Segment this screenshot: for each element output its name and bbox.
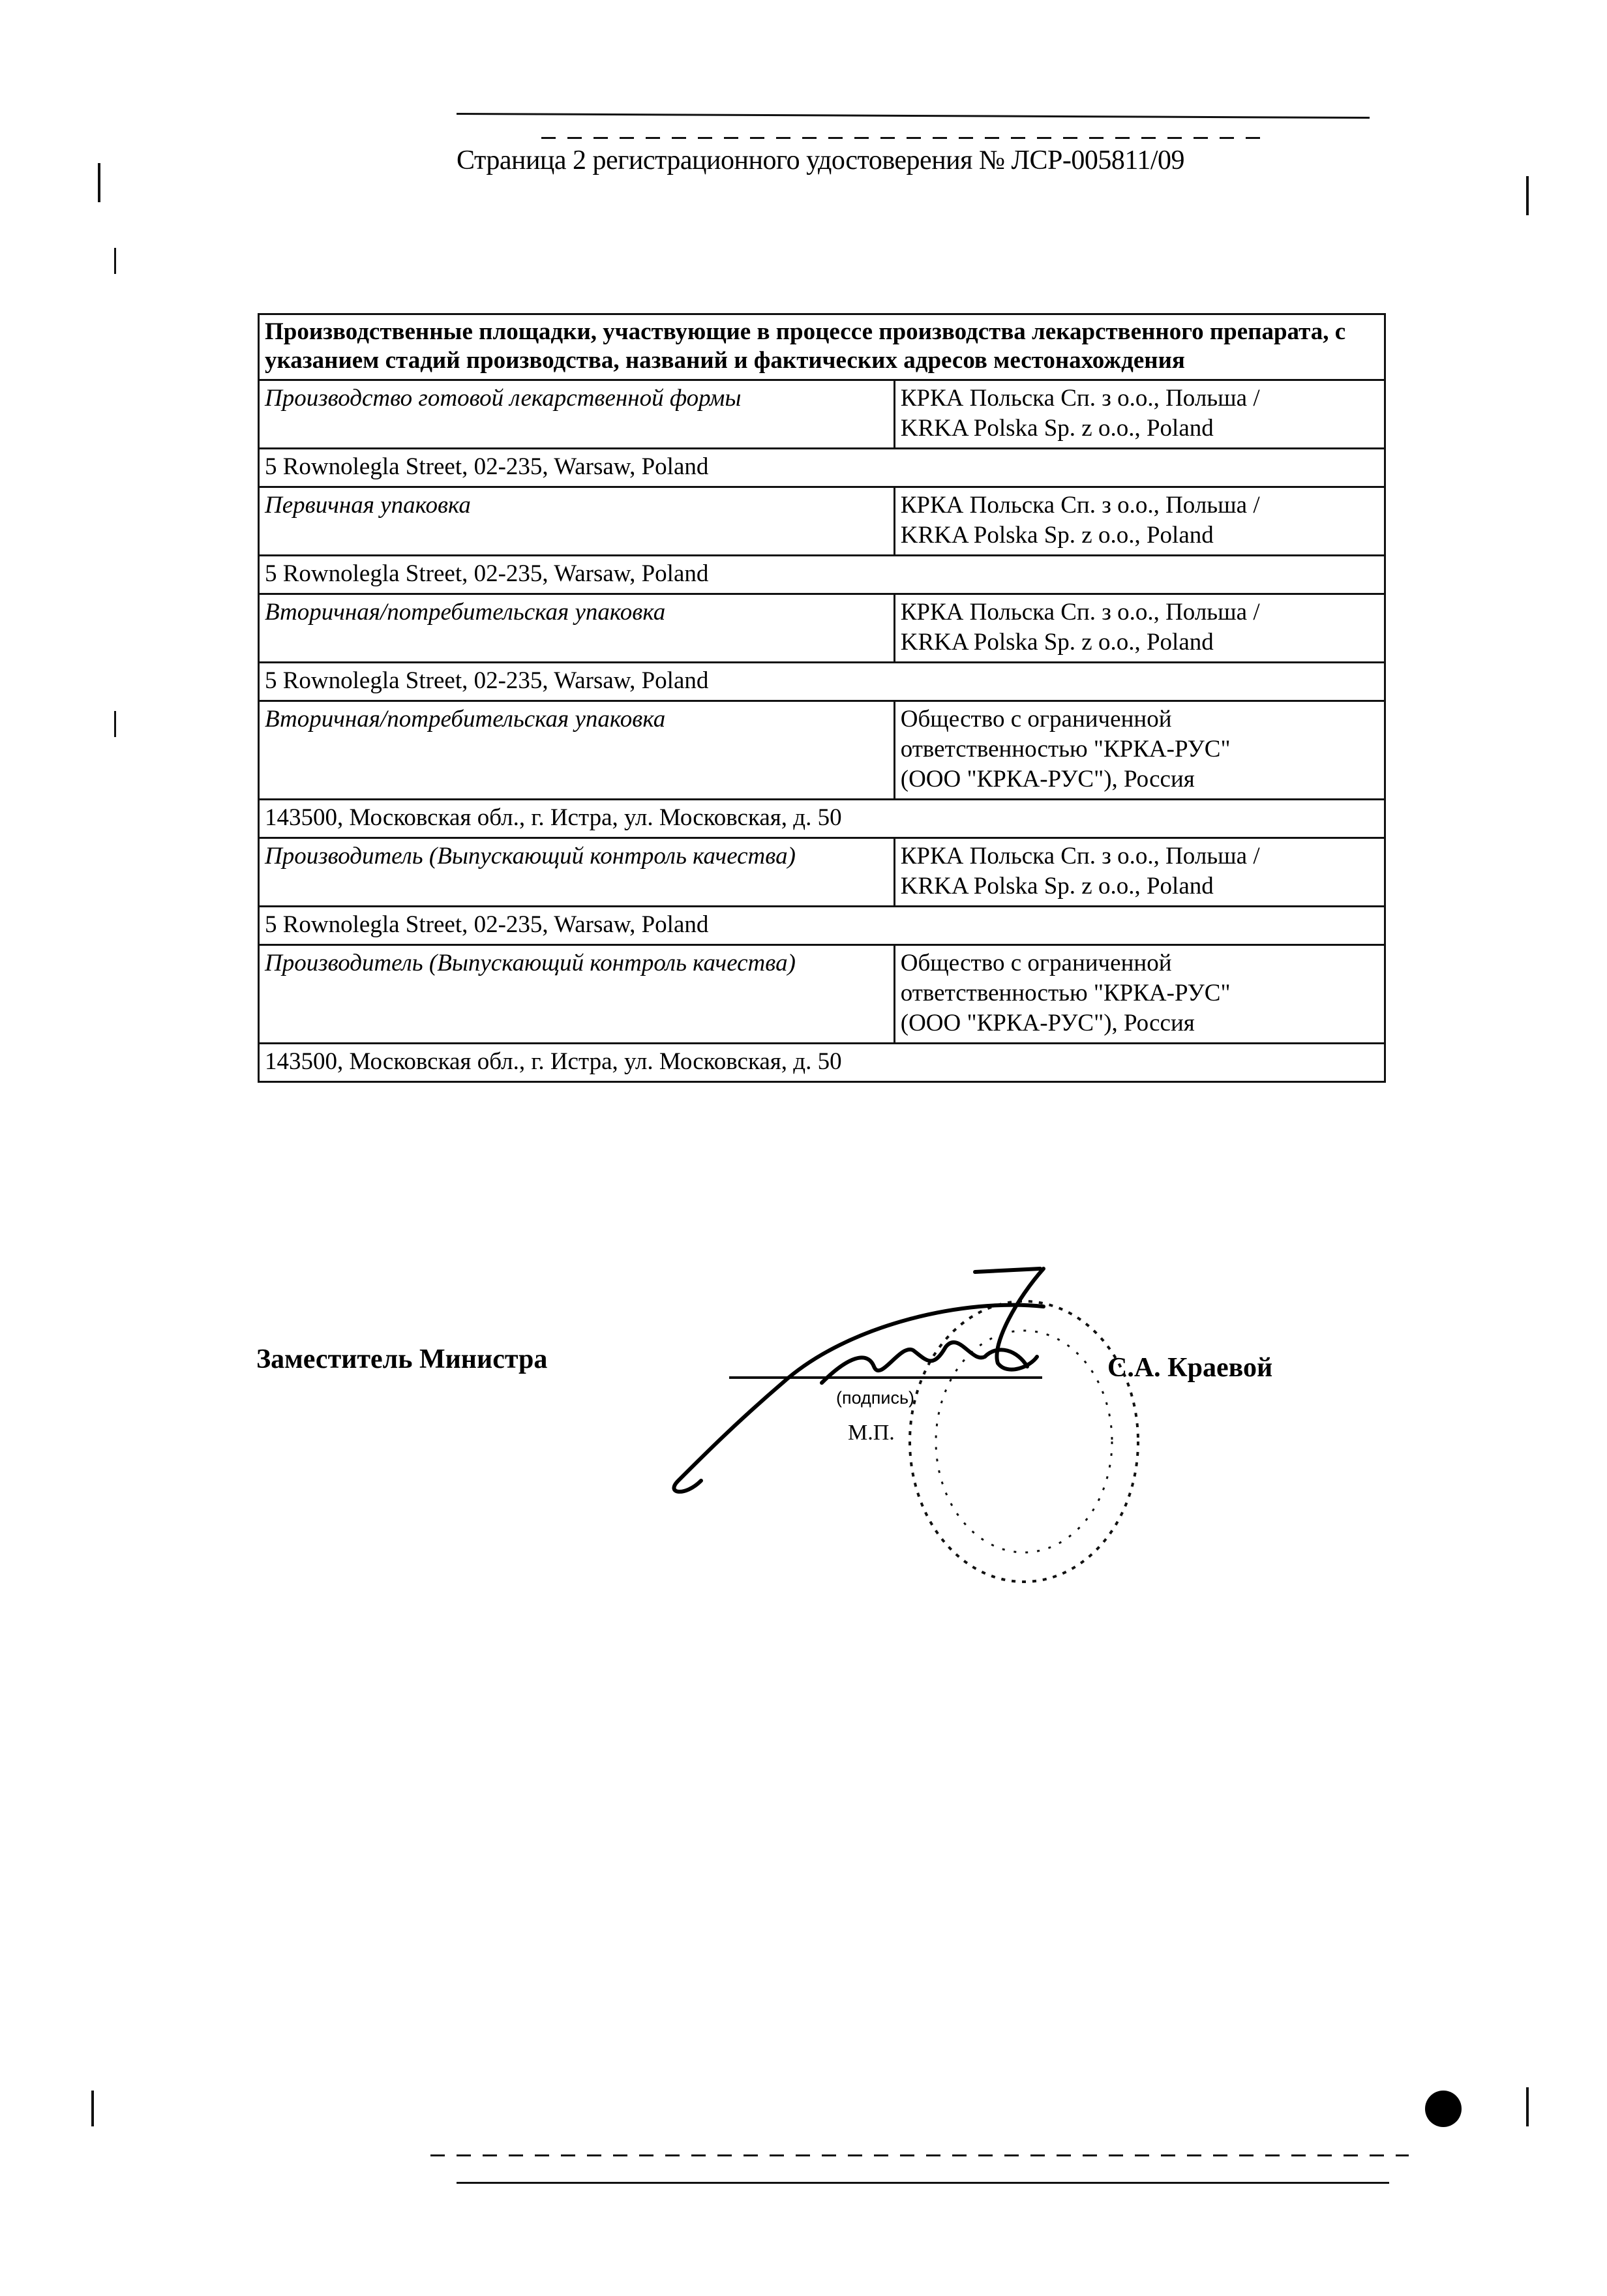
- signature-caption: (подпись): [836, 1388, 914, 1408]
- organization-line: KRKA Polska Sp. z o.o., Poland: [901, 414, 1379, 444]
- table-row-address: 5 Rownolegla Street, 02-235, Warsaw, Pol…: [259, 556, 1385, 594]
- scan-mark: [98, 163, 100, 202]
- table-row-address: 5 Rownolegla Street, 02-235, Warsaw, Pol…: [259, 907, 1385, 945]
- signature-line: [729, 1376, 1042, 1379]
- production-sites-table: Производственные площадки, участвующие в…: [258, 313, 1386, 1083]
- scan-mark: [1526, 176, 1529, 215]
- stamp-mark-label: М.П.: [848, 1421, 895, 1445]
- scan-mark: [91, 2091, 94, 2126]
- site-address-cell: 5 Rownolegla Street, 02-235, Warsaw, Pol…: [259, 907, 1385, 945]
- site-address-cell: 5 Rownolegla Street, 02-235, Warsaw, Pol…: [259, 449, 1385, 487]
- organization-line: Общество с ограниченной: [901, 948, 1379, 978]
- table-row: Производство готовой лекарственной формы…: [259, 380, 1385, 449]
- scan-mark: [114, 711, 116, 737]
- site-address-cell: 5 Rownolegla Street, 02-235, Warsaw, Pol…: [259, 556, 1385, 594]
- site-address-cell: 143500, Московская обл., г. Истра, ул. М…: [259, 1044, 1385, 1082]
- scan-bottom-edge-line: [457, 2182, 1389, 2184]
- production-stage-cell: Вторичная/потребительская упаковка: [259, 701, 895, 800]
- organization-line: КРКА Польска Сп. з о.о., Польша /: [901, 841, 1379, 871]
- site-address-cell: 143500, Московская обл., г. Истра, ул. М…: [259, 800, 1385, 838]
- scan-mark: [114, 248, 116, 274]
- table-row: Производитель (Выпускающий контроль каче…: [259, 838, 1385, 907]
- organization-line: КРКА Польска Сп. з о.о., Польша /: [901, 384, 1379, 414]
- table-row-address: 143500, Московская обл., г. Истра, ул. М…: [259, 1044, 1385, 1082]
- table-row-address: 143500, Московская обл., г. Истра, ул. М…: [259, 800, 1385, 838]
- table-row: Первичная упаковкаКРКА Польска Сп. з о.о…: [259, 487, 1385, 556]
- table-row: Вторичная/потребительская упаковкаКРКА П…: [259, 594, 1385, 663]
- organization-cell: КРКА Польска Сп. з о.о., Польша /KRKA Po…: [894, 380, 1385, 449]
- organization-line: KRKA Polska Sp. z o.o., Poland: [901, 521, 1379, 551]
- organization-line: KRKA Polska Sp. z o.o., Poland: [901, 871, 1379, 901]
- organization-line: (ООО "КРКА-РУС"), Россия: [901, 764, 1379, 794]
- official-stamp-icon: [910, 1301, 1138, 1582]
- organization-line: Общество с ограниченной: [901, 704, 1379, 734]
- handwritten-signature-icon: [674, 1269, 1044, 1492]
- page-header: Страница 2 регистрационного удостоверени…: [457, 145, 1278, 176]
- organization-cell: Общество с ограниченнойответственностью …: [894, 945, 1385, 1044]
- scan-top-dashed-line: [541, 137, 1272, 139]
- organization-line: (ООО "КРКА-РУС"), Россия: [901, 1008, 1379, 1038]
- table-row: Производитель (Выпускающий контроль каче…: [259, 945, 1385, 1044]
- table-heading-row: Производственные площадки, участвующие в…: [259, 314, 1385, 380]
- signatory-name: С.А. Краевой: [1107, 1352, 1272, 1383]
- organization-line: КРКА Польска Сп. з о.о., Польша /: [901, 597, 1379, 627]
- table-row: Вторичная/потребительская упаковкаОбщест…: [259, 701, 1385, 800]
- signatory-title: Заместитель Министра: [256, 1344, 547, 1375]
- organization-cell: КРКА Польска Сп. з о.о., Польша /KRKA Po…: [894, 838, 1385, 907]
- organization-line: KRKA Polska Sp. z o.o., Poland: [901, 627, 1379, 657]
- table-row-address: 5 Rownolegla Street, 02-235, Warsaw, Pol…: [259, 663, 1385, 701]
- organization-line: ответственностью "КРКА-РУС": [901, 734, 1379, 764]
- punch-hole-icon: [1425, 2091, 1462, 2127]
- scan-mark: [1526, 2087, 1529, 2126]
- organization-cell: Общество с ограниченнойответственностью …: [894, 701, 1385, 800]
- organization-line: ответственностью "КРКА-РУС": [901, 978, 1379, 1008]
- production-stage-cell: Производитель (Выпускающий контроль каче…: [259, 945, 895, 1044]
- production-stage-cell: Производитель (Выпускающий контроль каче…: [259, 838, 895, 907]
- organization-cell: КРКА Польска Сп. з о.о., Польша /KRKA Po…: [894, 594, 1385, 663]
- production-stage-cell: Производство готовой лекарственной формы: [259, 380, 895, 449]
- table-row-address: 5 Rownolegla Street, 02-235, Warsaw, Pol…: [259, 449, 1385, 487]
- scan-top-edge-line: [457, 113, 1370, 119]
- organization-line: КРКА Польска Сп. з о.о., Польша /: [901, 491, 1379, 521]
- organization-cell: КРКА Польска Сп. з о.о., Польша /KRKA Po…: [894, 487, 1385, 556]
- site-address-cell: 5 Rownolegla Street, 02-235, Warsaw, Pol…: [259, 663, 1385, 701]
- table-heading: Производственные площадки, участвующие в…: [259, 314, 1385, 380]
- production-stage-cell: Первичная упаковка: [259, 487, 895, 556]
- scan-bottom-dashed-line: [430, 2154, 1409, 2156]
- production-stage-cell: Вторичная/потребительская упаковка: [259, 594, 895, 663]
